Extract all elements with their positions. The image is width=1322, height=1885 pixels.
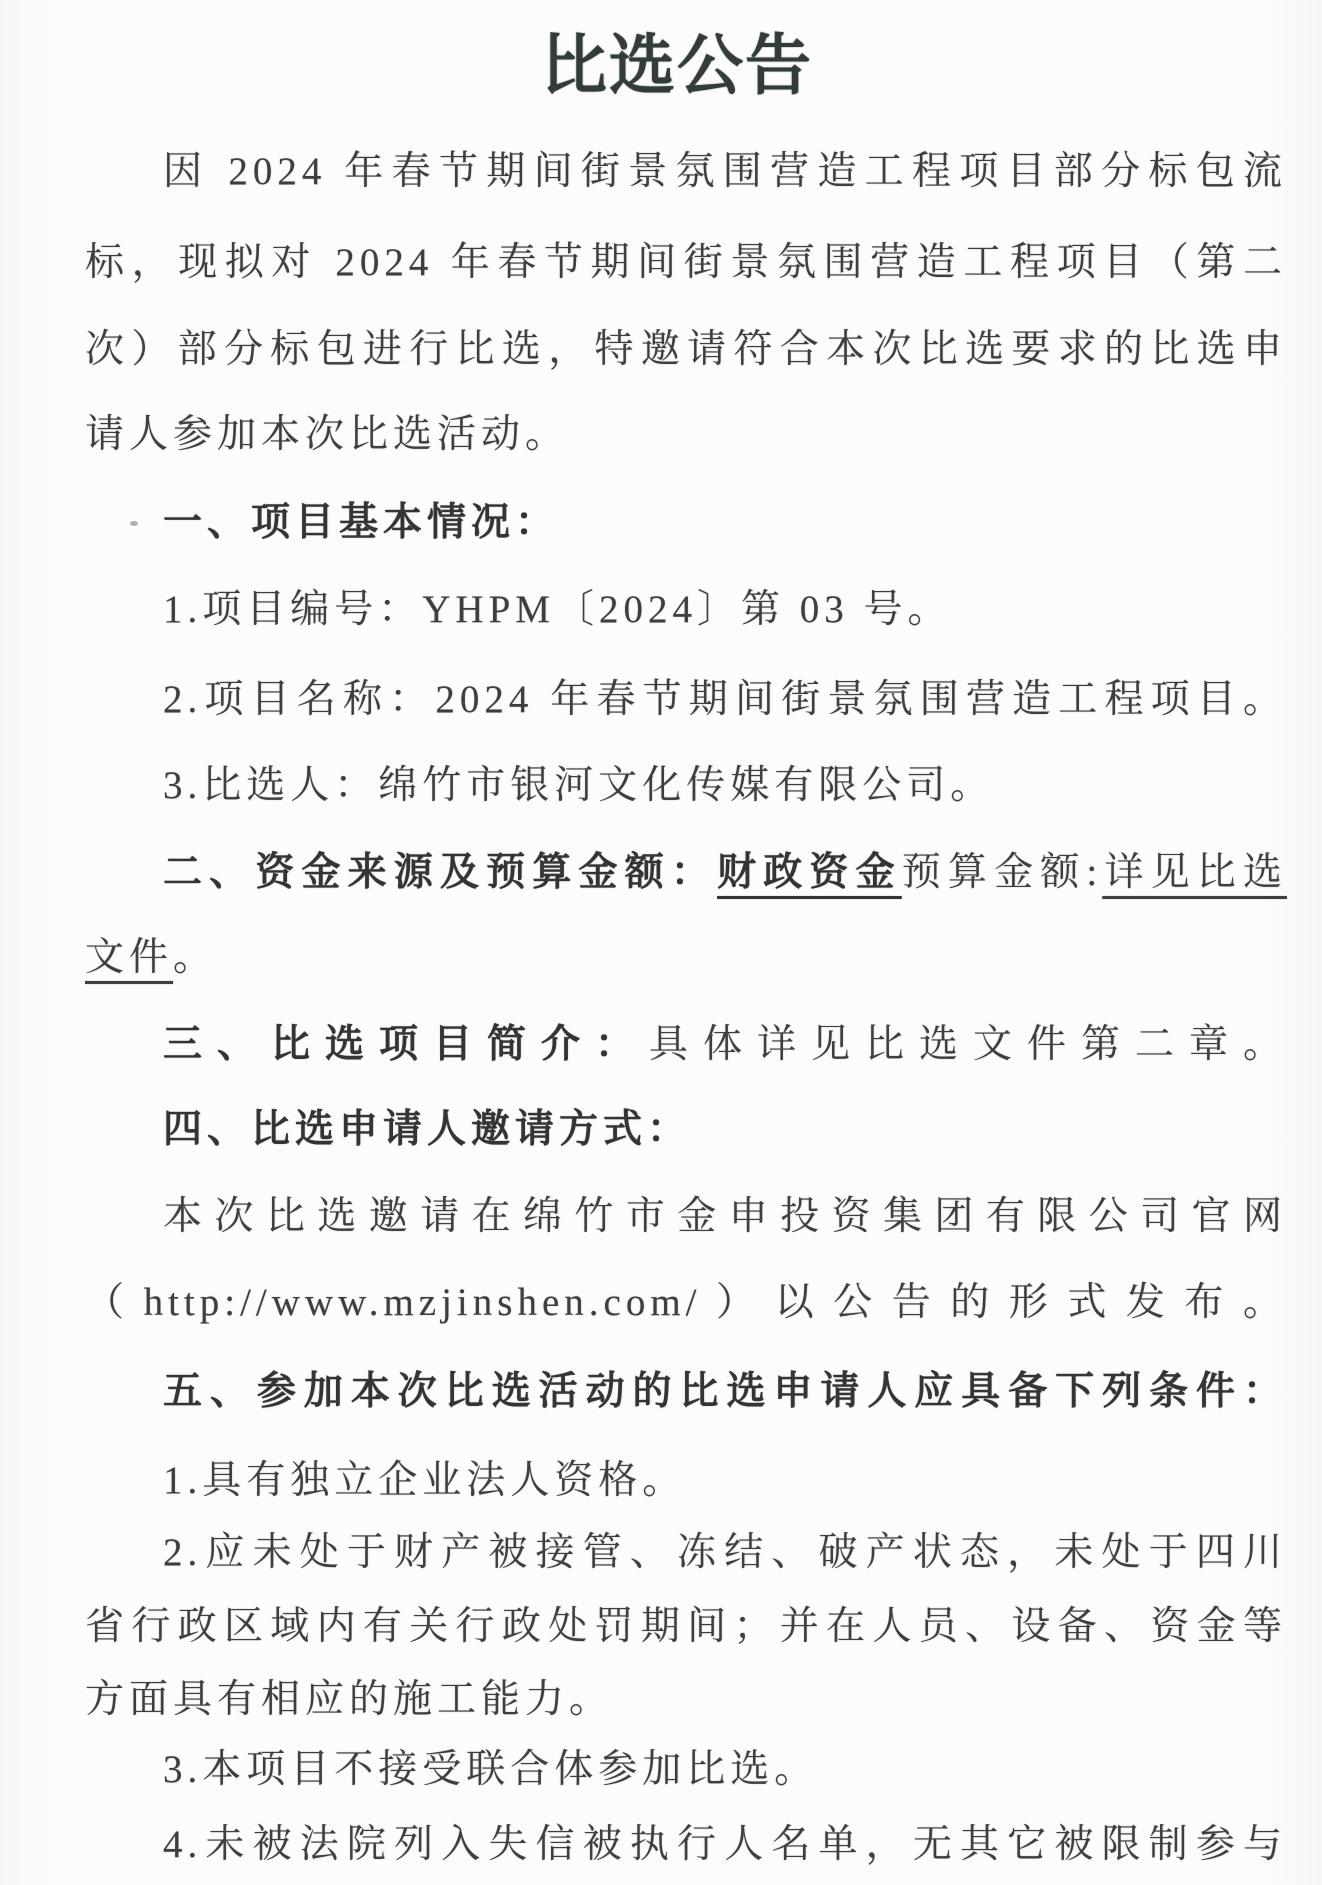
section3-heading: 三、比选项目简介： — [163, 1023, 649, 1066]
funding-source: 财政资金 — [717, 851, 902, 894]
intro-line-4: 请人参加本次比选活动。 — [85, 404, 1287, 466]
section3-body: 具体详见比选文件第二章。 — [649, 1023, 1287, 1066]
section2-heading-line: 二、资金来源及预算金额：财政资金预算金额:详见比选 — [85, 842, 1287, 904]
section2-continuation-line: 文件。 — [85, 927, 1287, 989]
sentence-period: 。 — [173, 936, 217, 979]
section5-condition-3: 3.本项目不接受联合体参加比选。 — [85, 1739, 1287, 1801]
section5-condition-2-line-2: 省行政区域内有关行政处罚期间；并在人员、设备、资金等 — [85, 1596, 1287, 1658]
section1-item-project-name: 2.项目名称：2024 年春节期间街景氛围营造工程项目。 — [85, 669, 1287, 731]
section5-condition-2-line-1: 2.应未处于财产被接管、冻结、破产状态，未处于四川 — [85, 1522, 1287, 1584]
section2-heading: 二、资金来源及预算金额： — [163, 851, 717, 894]
intro-line-3: 次）部分标包进行比选，特邀请符合本次比选要求的比选申 — [85, 319, 1287, 381]
section4-heading: 四、比选申请人邀请方式： — [85, 1099, 1287, 1161]
document-page: 比选公告 因 2024 年春节期间街景氛围营造工程项目部分标包流 标，现拟对 2… — [0, 0, 1322, 1885]
section5-condition-2-line-3: 方面具有相应的施工能力。 — [85, 1669, 1287, 1731]
budget-label: 预算金额: — [902, 851, 1103, 894]
section5-condition-4-line-1: 4.未被法院列入失信被执行人名单，无其它被限制参与 — [85, 1814, 1287, 1876]
section1-item-selector: 3.比选人：绵竹市银河文化传媒有限公司。 — [85, 755, 1287, 817]
budget-reference-part2: 文件 — [85, 936, 173, 979]
section5-heading: 五、参加本次比选活动的比选申请人应具备下列条件： — [85, 1361, 1287, 1423]
section1-item-project-number: 1.项目编号：YHPM〔2024〕第 03 号。 — [85, 579, 1287, 641]
section1-heading: 一、项目基本情况： — [85, 492, 1287, 554]
section4-body-line-1: 本次比选邀请在绵竹市金申投资集团有限公司官网 — [85, 1186, 1287, 1248]
section3-heading-line: 三、比选项目简介：具体详见比选文件第二章。 — [85, 1014, 1287, 1076]
section5-condition-1: 1.具有独立企业法人资格。 — [85, 1450, 1287, 1512]
section4-body-line-2-rest: ）以公告的形式发布。 — [702, 1281, 1287, 1324]
budget-reference-part1: 详见比选 — [1102, 851, 1287, 894]
document-title: 比选公告 — [16, 12, 1322, 107]
website-url: http://www.mzjinshen.com/ — [144, 1281, 702, 1324]
intro-line-1: 因 2024 年春节期间街景氛围营造工程项目部分标包流 — [85, 141, 1287, 203]
section4-body-line-2: （http://www.mzjinshen.com/）以公告的形式发布。 — [85, 1272, 1287, 1334]
intro-line-2: 标，现拟对 2024 年春节期间街景氛围营造工程项目（第二 — [85, 232, 1287, 294]
paren-open: （ — [85, 1281, 144, 1324]
